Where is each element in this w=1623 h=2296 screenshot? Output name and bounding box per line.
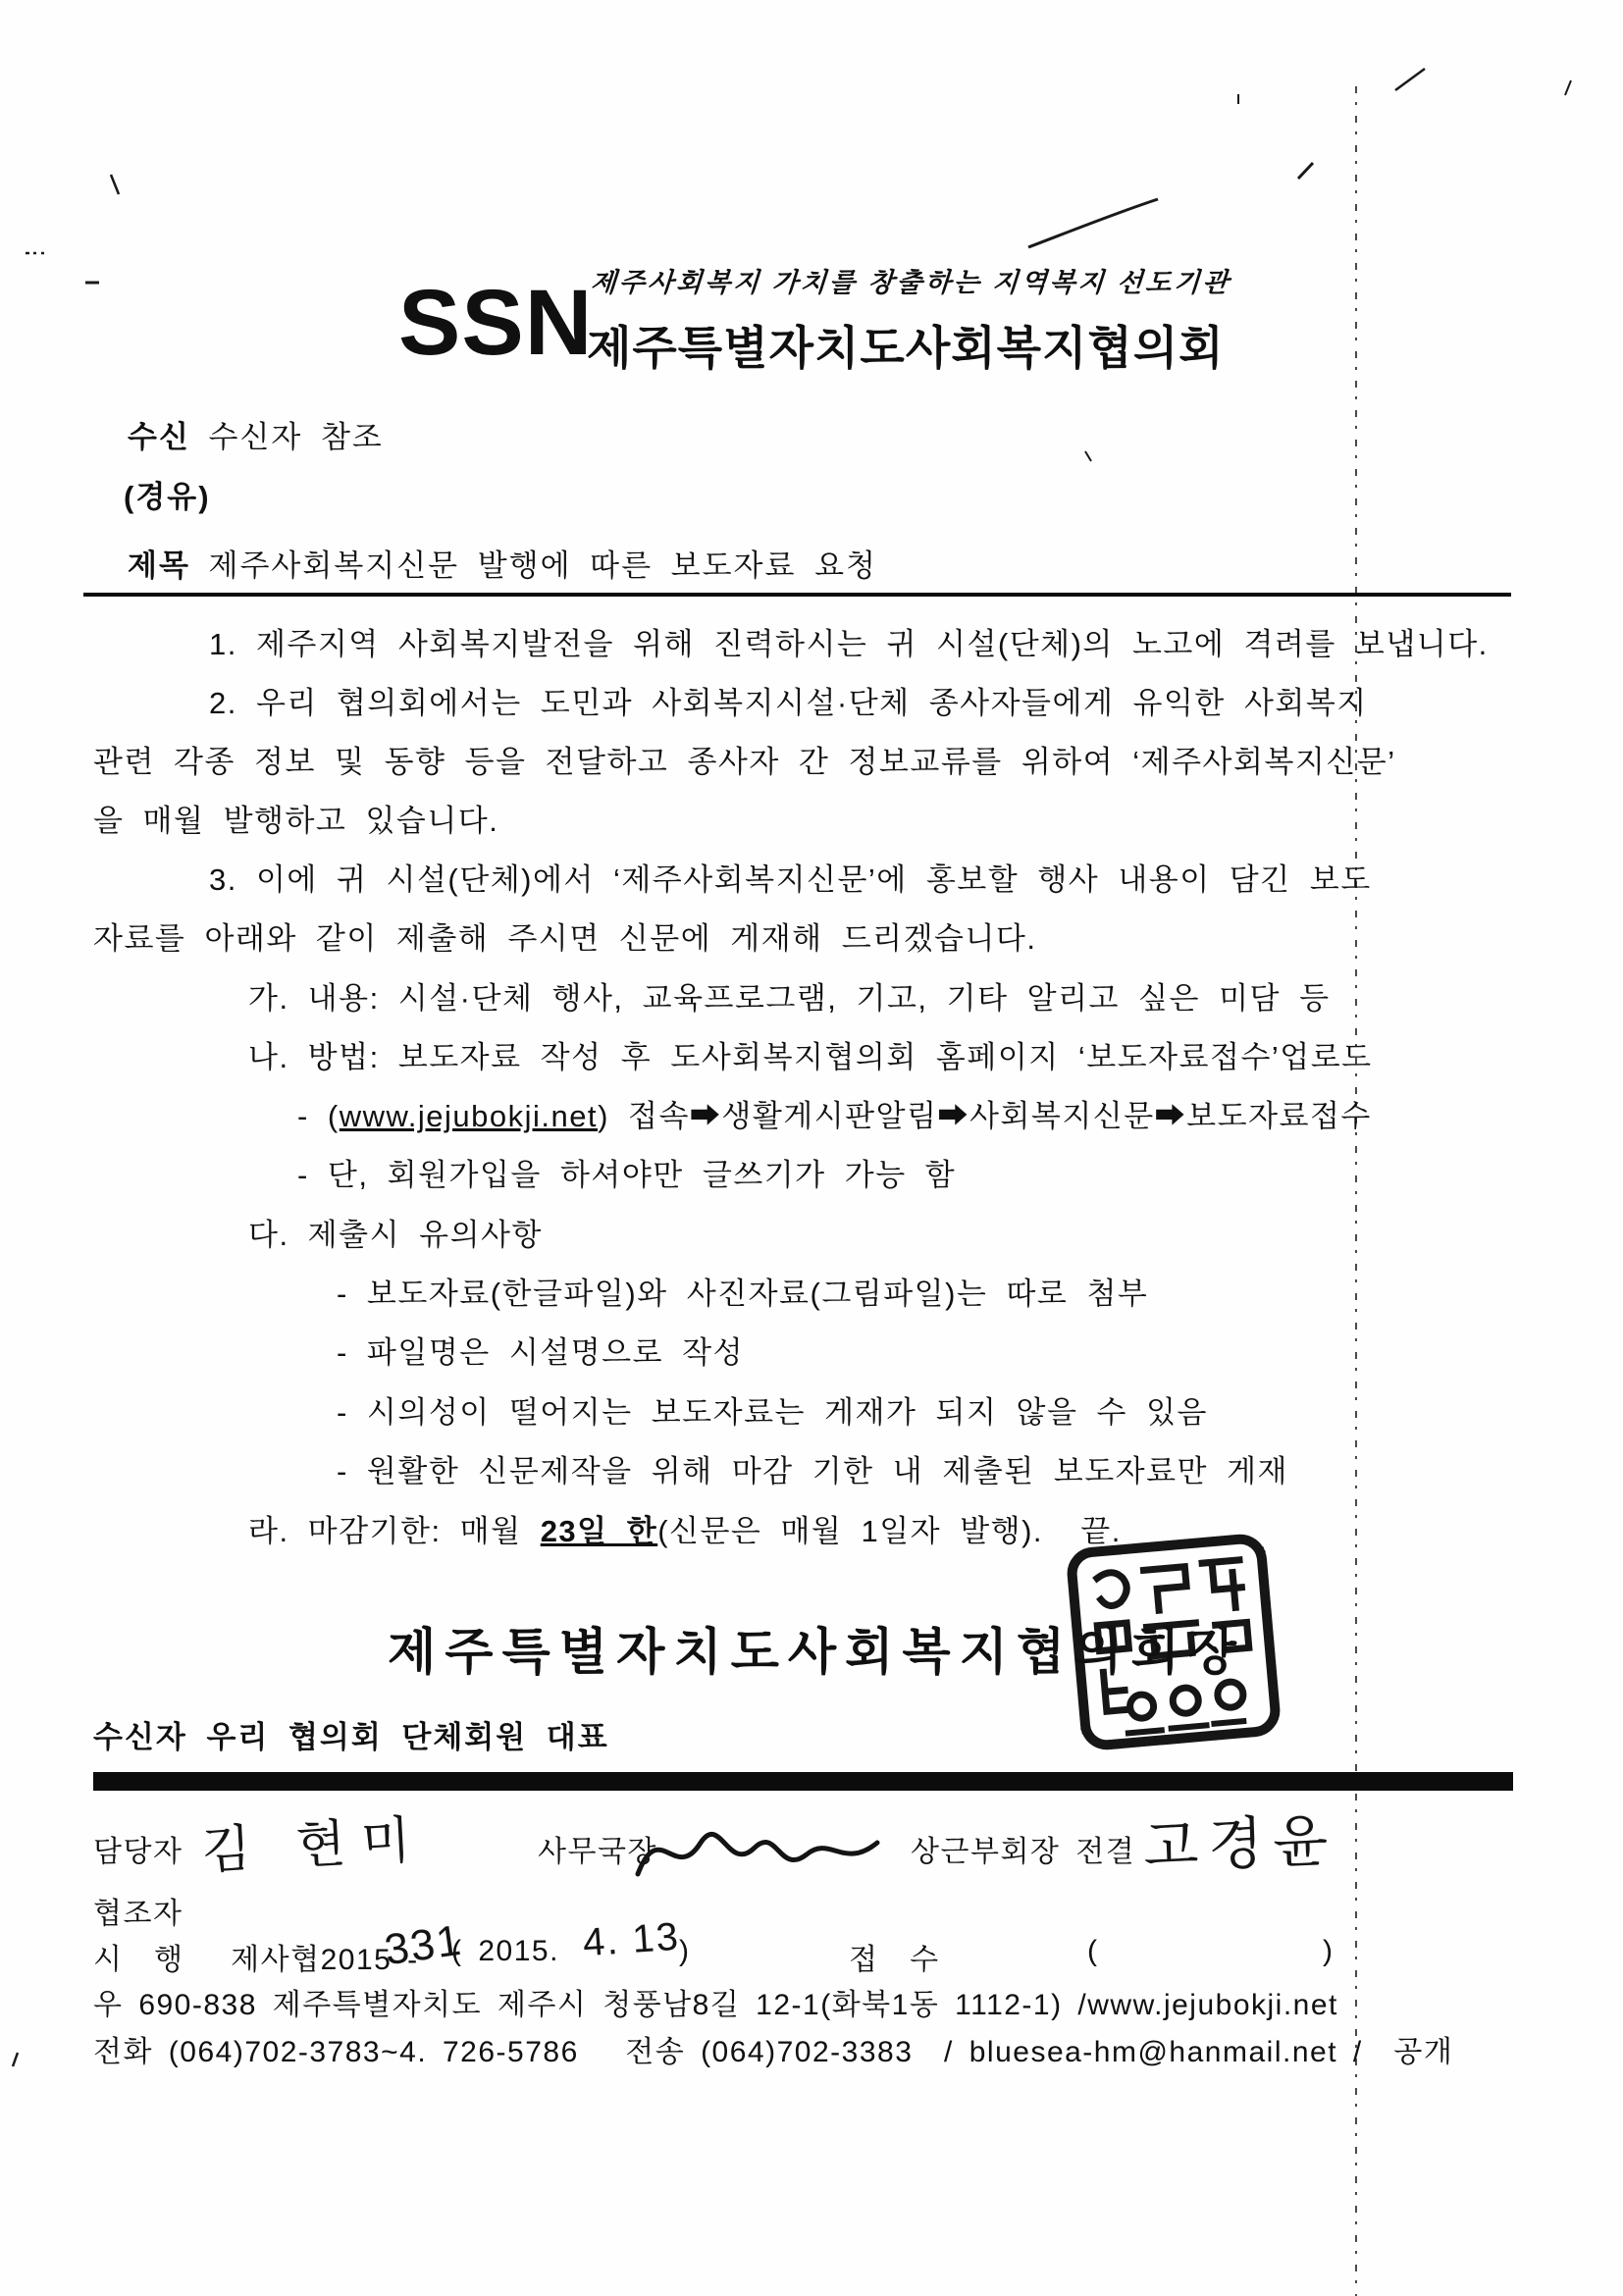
body-line: - 파일명은 시설명으로 작성 [337, 1328, 744, 1372]
scan-artifact-vertical-line [1355, 86, 1357, 2296]
body-line: 가. 내용: 시설·단체 행사, 교육프로그램, 기고, 기타 알리고 싶은 미… [248, 973, 1331, 1018]
via-label: (경유) [124, 480, 211, 514]
body-line: - 원활한 신문제작을 위해 마감 기한 내 제출된 보도자료만 게재 [337, 1446, 1288, 1490]
recipient-label: 수신 [128, 420, 190, 454]
body-line: - 보도자료(한글파일)와 사진자료(그림파일)는 따로 첨부 [337, 1269, 1148, 1313]
url-line-suffix: ) 접속➡생활게시판알림➡사회복지신문➡보도자료접수 [598, 1099, 1372, 1133]
recipient-row: 수신 수신자 참조 [128, 412, 384, 456]
body-line: - 단, 회원가입을 하셔야만 글쓰기가 가능 함 [297, 1150, 956, 1194]
body-line: 다. 제출시 유의사항 [248, 1210, 543, 1254]
executive-approval-label: 상근부회장 전결 [911, 1827, 1135, 1870]
deadline-prefix: 라. 마감기한: 매월 [248, 1514, 541, 1548]
body-line-deadline: 라. 마감기한: 매월 23일 한(신문은 매월 1일자 발행). 끝. [248, 1506, 1122, 1550]
cooperator-label: 협조자 [93, 1889, 183, 1932]
ssn-logo: SSN [398, 277, 593, 370]
postal-address-line: 우 690-838 제주특별자치도 제주시 청풍남8길 12-1(화북1동 11… [93, 1980, 1338, 2023]
body-line: 1. 제주지역 사회복지발전을 위해 진력하시는 귀 시설(단체)의 노고에 격… [209, 619, 1489, 663]
secretary-general-signature [630, 1813, 885, 1892]
body-line: 자료를 아래와 같이 제출해 주시면 신문에 게재해 드리겠습니다. [93, 913, 1037, 958]
subject-label: 제목 [128, 548, 190, 583]
doc-exec-label-group: 시 행 제사협2015 - [93, 1935, 419, 1978]
doc-exec-label: 시 행 [93, 1944, 184, 1976]
signing-authority-title: 제주특별자치도사회복지협의회장 [388, 1611, 1245, 1684]
receipt-paren-open: ( [1087, 1935, 1099, 1968]
body-line: 2. 우리 협의회에서는 도민과 사회복지시설·단체 종사자들에게 유익한 사회… [209, 678, 1368, 722]
body-line: - 시의성이 떨어지는 보도자료는 게재가 되지 않을 수 있음 [337, 1387, 1208, 1432]
receipt-label: 접 수 [849, 1935, 940, 1978]
doc-date-handwritten: 4. 13 [582, 1915, 682, 1966]
doc-date-open: ( 2015. [451, 1935, 559, 1968]
body-line: 나. 방법: 보도자료 작성 후 도사회복지협의회 홈페이지 ‘보도자료접수’업… [248, 1032, 1373, 1076]
body-line: 을 매월 발행하고 있습니다. [93, 796, 498, 840]
addressee-line: 수신자 우리 협의회 단체회원 대표 [93, 1712, 609, 1756]
body-line: 관련 각종 정보 및 동향 등을 전달하고 종사자 간 정보교류를 위하여 ‘제… [93, 737, 1396, 781]
org-slogan: 제주사회복지 가치를 창출하는 지역복지 선도기관 [590, 261, 1232, 299]
executive-handwritten-signature: 고경윤 [1142, 1795, 1339, 1884]
manager-label: 담당자 [93, 1827, 183, 1870]
url-line-prefix: - ( [297, 1099, 340, 1133]
manager-handwritten-signature: 김 현미 [199, 1798, 428, 1883]
deadline-suffix: (신문은 매월 1일자 발행). 끝. [657, 1514, 1122, 1548]
scanned-document-page: 제주사회복지 가치를 창출하는 지역복지 선도기관 SSN 제주특별자치도사회복… [0, 0, 1623, 2296]
receipt-paren-close: ) [1323, 1935, 1335, 1968]
recipient-value: 수신자 참조 [209, 420, 384, 454]
doc-date-close: ) [679, 1935, 691, 1968]
body-line: 3. 이에 귀 시설(단체)에서 ‘제주사회복지신문’에 홍보할 행사 내용이 … [209, 855, 1372, 899]
org-name: 제주특별자치도사회복지협의회 [587, 312, 1225, 378]
subject-divider-rule [83, 593, 1511, 597]
footer-divider-bar [93, 1772, 1513, 1791]
contact-line: 전화 (064)702-3783~4. 726-5786 전송 (064)702… [93, 2027, 1453, 2070]
subject-row: 제목 제주사회복지신문 발행에 따른 보도자료 요청 [128, 541, 877, 585]
body-line-url: - (www.jejubokji.net) 접속➡생활게시판알림➡사회복지신문➡… [297, 1091, 1372, 1135]
deadline-date-emphasis: 23일 한 [541, 1514, 658, 1548]
subject-value: 제주사회복지신문 발행에 따른 보도자료 요청 [209, 548, 877, 583]
website-url-text: www.jejubokji.net [340, 1099, 598, 1133]
